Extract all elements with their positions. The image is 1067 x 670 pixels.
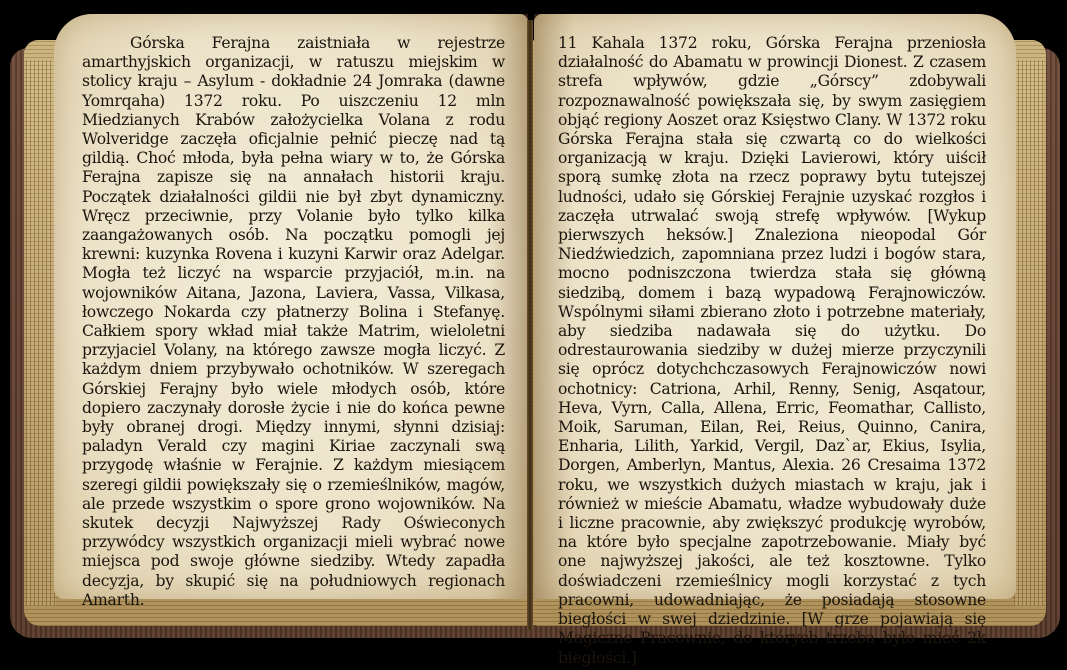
right-page-text: 11 Kahala 1372 roku, Górska Ferajna prze… [558,34,986,668]
open-book: Górska Ferajna zaistniała w rejestrze am… [0,0,1067,670]
left-page-text: Górska Ferajna zaistniała w rejestrze am… [82,34,505,610]
book-spine [527,20,533,630]
